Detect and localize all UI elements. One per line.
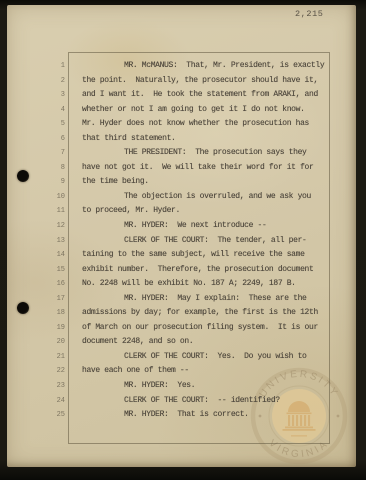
line-number: 10 [47, 190, 65, 205]
transcript-line: Mr. Hyder does not know whether the pros… [82, 117, 325, 132]
transcript-line: to proceed, Mr. Hyder. [82, 204, 325, 219]
line-number: 6 [47, 132, 65, 147]
transcript-line: CLERK OF THE COURT: The tender, all per- [82, 234, 325, 249]
transcript-lines: MR. McMANUS: That, Mr. President, is exa… [82, 59, 325, 423]
transcript-line: MR. HYDER: May I explain: These are the [82, 292, 325, 307]
line-number: 8 [47, 161, 65, 176]
line-number: 14 [47, 248, 65, 263]
transcript-box: MR. McMANUS: That, Mr. President, is exa… [68, 52, 330, 444]
transcript-line: admissions by day; for example, the firs… [82, 306, 325, 321]
line-number-column: 1234567891011121314151617181920212223242… [47, 59, 65, 423]
transcript-line: taining to the same subject, will receiv… [82, 248, 325, 263]
transcript-line: that third statement. [82, 132, 325, 147]
line-number: 7 [47, 146, 65, 161]
line-number: 15 [47, 263, 65, 278]
line-number: 9 [47, 175, 65, 190]
transcript-line: MR. HYDER: Yes. [82, 379, 325, 394]
line-number: 12 [47, 219, 65, 234]
transcript-line: have not got it. We will take their word… [82, 161, 325, 176]
line-number: 16 [47, 277, 65, 292]
transcript-line: MR. McMANUS: That, Mr. President, is exa… [82, 59, 325, 74]
line-number: 4 [47, 103, 65, 118]
line-number: 11 [47, 204, 65, 219]
transcript-line: MR. HYDER: That is correct. [82, 408, 325, 423]
line-number: 3 [47, 88, 65, 103]
transcript-line: document 2248, and so on. [82, 335, 325, 350]
line-number: 13 [47, 234, 65, 249]
line-number: 23 [47, 379, 65, 394]
transcript-line: exhibit number. Therefore, the prosecuti… [82, 263, 325, 278]
line-number: 24 [47, 394, 65, 409]
line-number: 18 [47, 306, 65, 321]
transcript-line: No. 2248 will be exhibit No. 187 A; 2249… [82, 277, 325, 292]
transcript-line: have each one of them -- [82, 364, 325, 379]
transcript-line: whether or not I am going to get it I do… [82, 103, 325, 118]
transcript-line: The objection is overruled, and we ask y… [82, 190, 325, 205]
transcript-line: THE PRESIDENT: The prosecution says they [82, 146, 325, 161]
line-number: 19 [47, 321, 65, 336]
line-number: 5 [47, 117, 65, 132]
line-number: 17 [47, 292, 65, 307]
document-page: 2,215 UNIVERSITY VIRGINIA [7, 5, 356, 467]
line-number: 20 [47, 335, 65, 350]
transcript-line: CLERK OF THE COURT: -- identified? [82, 394, 325, 409]
hole-punch-bottom [17, 302, 29, 314]
line-number: 1 [47, 59, 65, 74]
line-number: 22 [47, 364, 65, 379]
hole-punch-top [17, 170, 29, 182]
transcript-line: the time being. [82, 175, 325, 190]
transcript-line: MR. HYDER: We next introduce -- [82, 219, 325, 234]
page-number: 2,215 [295, 9, 324, 19]
scan-background: 2,215 UNIVERSITY VIRGINIA [0, 0, 366, 480]
line-number: 25 [47, 408, 65, 423]
line-number: 2 [47, 74, 65, 89]
transcript-line: of March on our prosecution filing syste… [82, 321, 325, 336]
transcript-line: and I want it. He took the statement fro… [82, 88, 325, 103]
line-number: 21 [47, 350, 65, 365]
transcript-line: the point. Naturally, the prosecutor sho… [82, 74, 325, 89]
seal-right-dot [337, 415, 340, 418]
transcript-line: CLERK OF THE COURT: Yes. Do you wish to [82, 350, 325, 365]
